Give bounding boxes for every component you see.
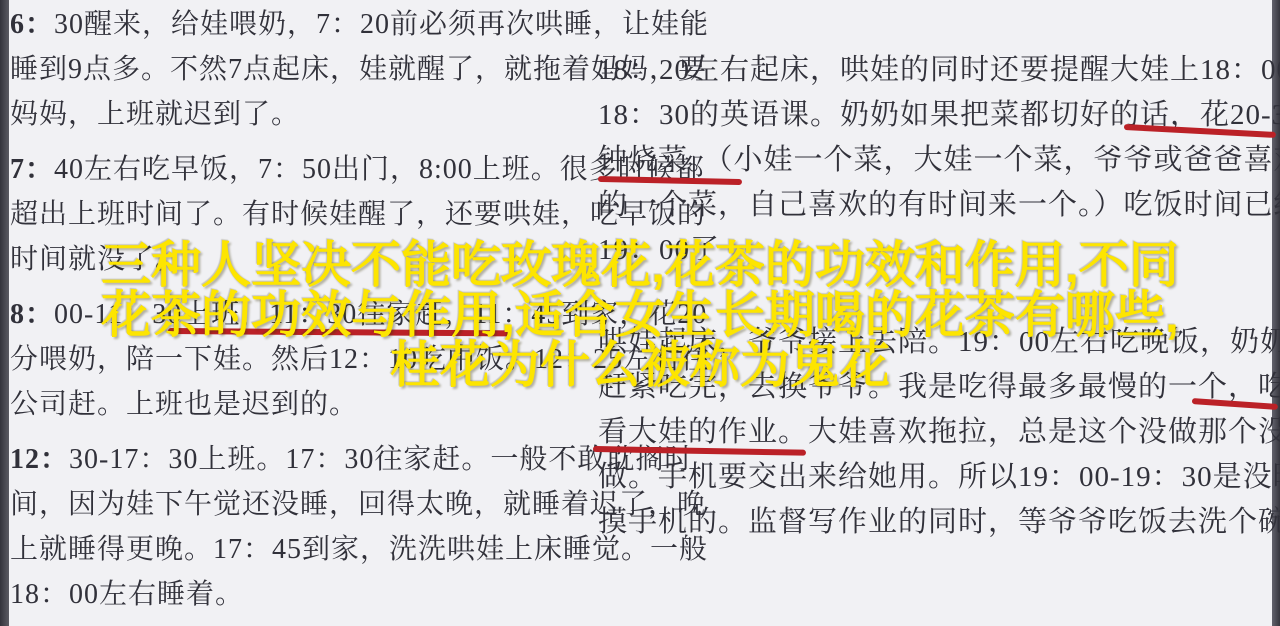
time-prefix: 6： xyxy=(10,9,54,40)
text-line: 6：30醒来，给娃喂奶，7：20前必须再次哄睡，让娃能 xyxy=(10,2,595,47)
line-segment: 18：20左右起床，哄娃的同时还要提醒大娃上18：00或 xyxy=(598,54,1280,86)
text-line: 钟烧菜。（小娃一个菜，大娃一个菜，爷爷或爸爸喜欢 xyxy=(598,138,1274,183)
paragraph: 6：30醒来，给娃喂奶，7：20前必须再次哄睡，让娃能睡到9点多。不然7点起床，… xyxy=(10,2,595,137)
subtitle-line: 花茶的功效与作用,适合女生长期喝的花茶有哪些, xyxy=(0,290,1280,340)
text-line: 睡到9点多。不然7点起床，娃就醒了，就拖着妈妈，要 xyxy=(10,47,595,92)
text-line: 摸手机的。监督写作业的同时，等爷爷吃饭去洗个碗。 xyxy=(598,500,1274,545)
text-line: 妈妈，上班就迟到了。 xyxy=(10,92,595,137)
line-segment: 公司赶。上班也是迟到的。 xyxy=(10,389,358,420)
subtitle-overlay: 三种人坚决不能吃玫瑰花,花茶的功效和作用,不同花茶的功效与作用,适合女生长期喝的… xyxy=(0,240,1280,390)
line-segment: 妈妈，上班就迟到了。 xyxy=(10,99,300,130)
line-segment: 看大娃的作业。大娃喜欢拖拉，总是这个没做那个没 xyxy=(598,416,1280,448)
line-segment: 钟烧菜。（小娃一个菜，大娃一个菜，爷爷或爸爸喜欢 xyxy=(598,144,1280,176)
line-segment: 做。手机要交出来给她用。所以19：00-19：30是没时间 xyxy=(598,461,1280,493)
text-line: 18：20左右起床，哄娃的同时还要提醒大娃上18：00或 xyxy=(598,48,1274,93)
time-prefix: 12： xyxy=(10,444,69,475)
text-line: 7：40左右吃早饭，7：50出门，8:00上班。很多时候都 xyxy=(10,147,595,192)
line-segment: 18：00左右睡着。 xyxy=(10,579,244,610)
time-prefix: 7： xyxy=(10,154,54,185)
text-line: 上就睡得更晚。17：45到家，洗洗哄娃上床睡觉。一般 xyxy=(10,527,595,572)
text-line: 间，因为娃下午觉还没睡，回得太晚，就睡着迟了，晚 xyxy=(10,482,595,527)
text-line: 12：30-17：30上班。17：30往家赶。一般不敢耽搁时 xyxy=(10,437,595,482)
paragraph: 12：30-17：30上班。17：30往家赶。一般不敢耽搁时间，因为娃下午觉还没… xyxy=(10,437,595,617)
text-line: 18：00左右睡着。 xyxy=(10,572,595,617)
subtitle-line: 三种人坚决不能吃玫瑰花,花茶的功效和作用,不同 xyxy=(0,240,1280,290)
text-line: 超出上班时间了。有时候娃醒了，还要哄娃，吃早饭的 xyxy=(10,192,595,237)
subtitle-line: 桂花为什么被称为鬼花 xyxy=(0,340,1280,390)
document-page: 6：30醒来，给娃喂奶，7：20前必须再次哄睡，让娃能睡到9点多。不然7点起床，… xyxy=(0,0,1280,626)
text-line: 做。手机要交出来给她用。所以19：00-19：30是没时间 xyxy=(598,455,1274,500)
text-line: 的一个菜，自己喜欢的有时间来一个。）吃饭时间已经 xyxy=(598,183,1274,228)
line-segment: 的一个菜，自己喜欢的有时间来一个。）吃饭时间已经 xyxy=(598,189,1280,221)
line-segment: 摸手机的。监督写作业的同时，等爷爷吃饭去洗个碗。 xyxy=(598,506,1280,538)
